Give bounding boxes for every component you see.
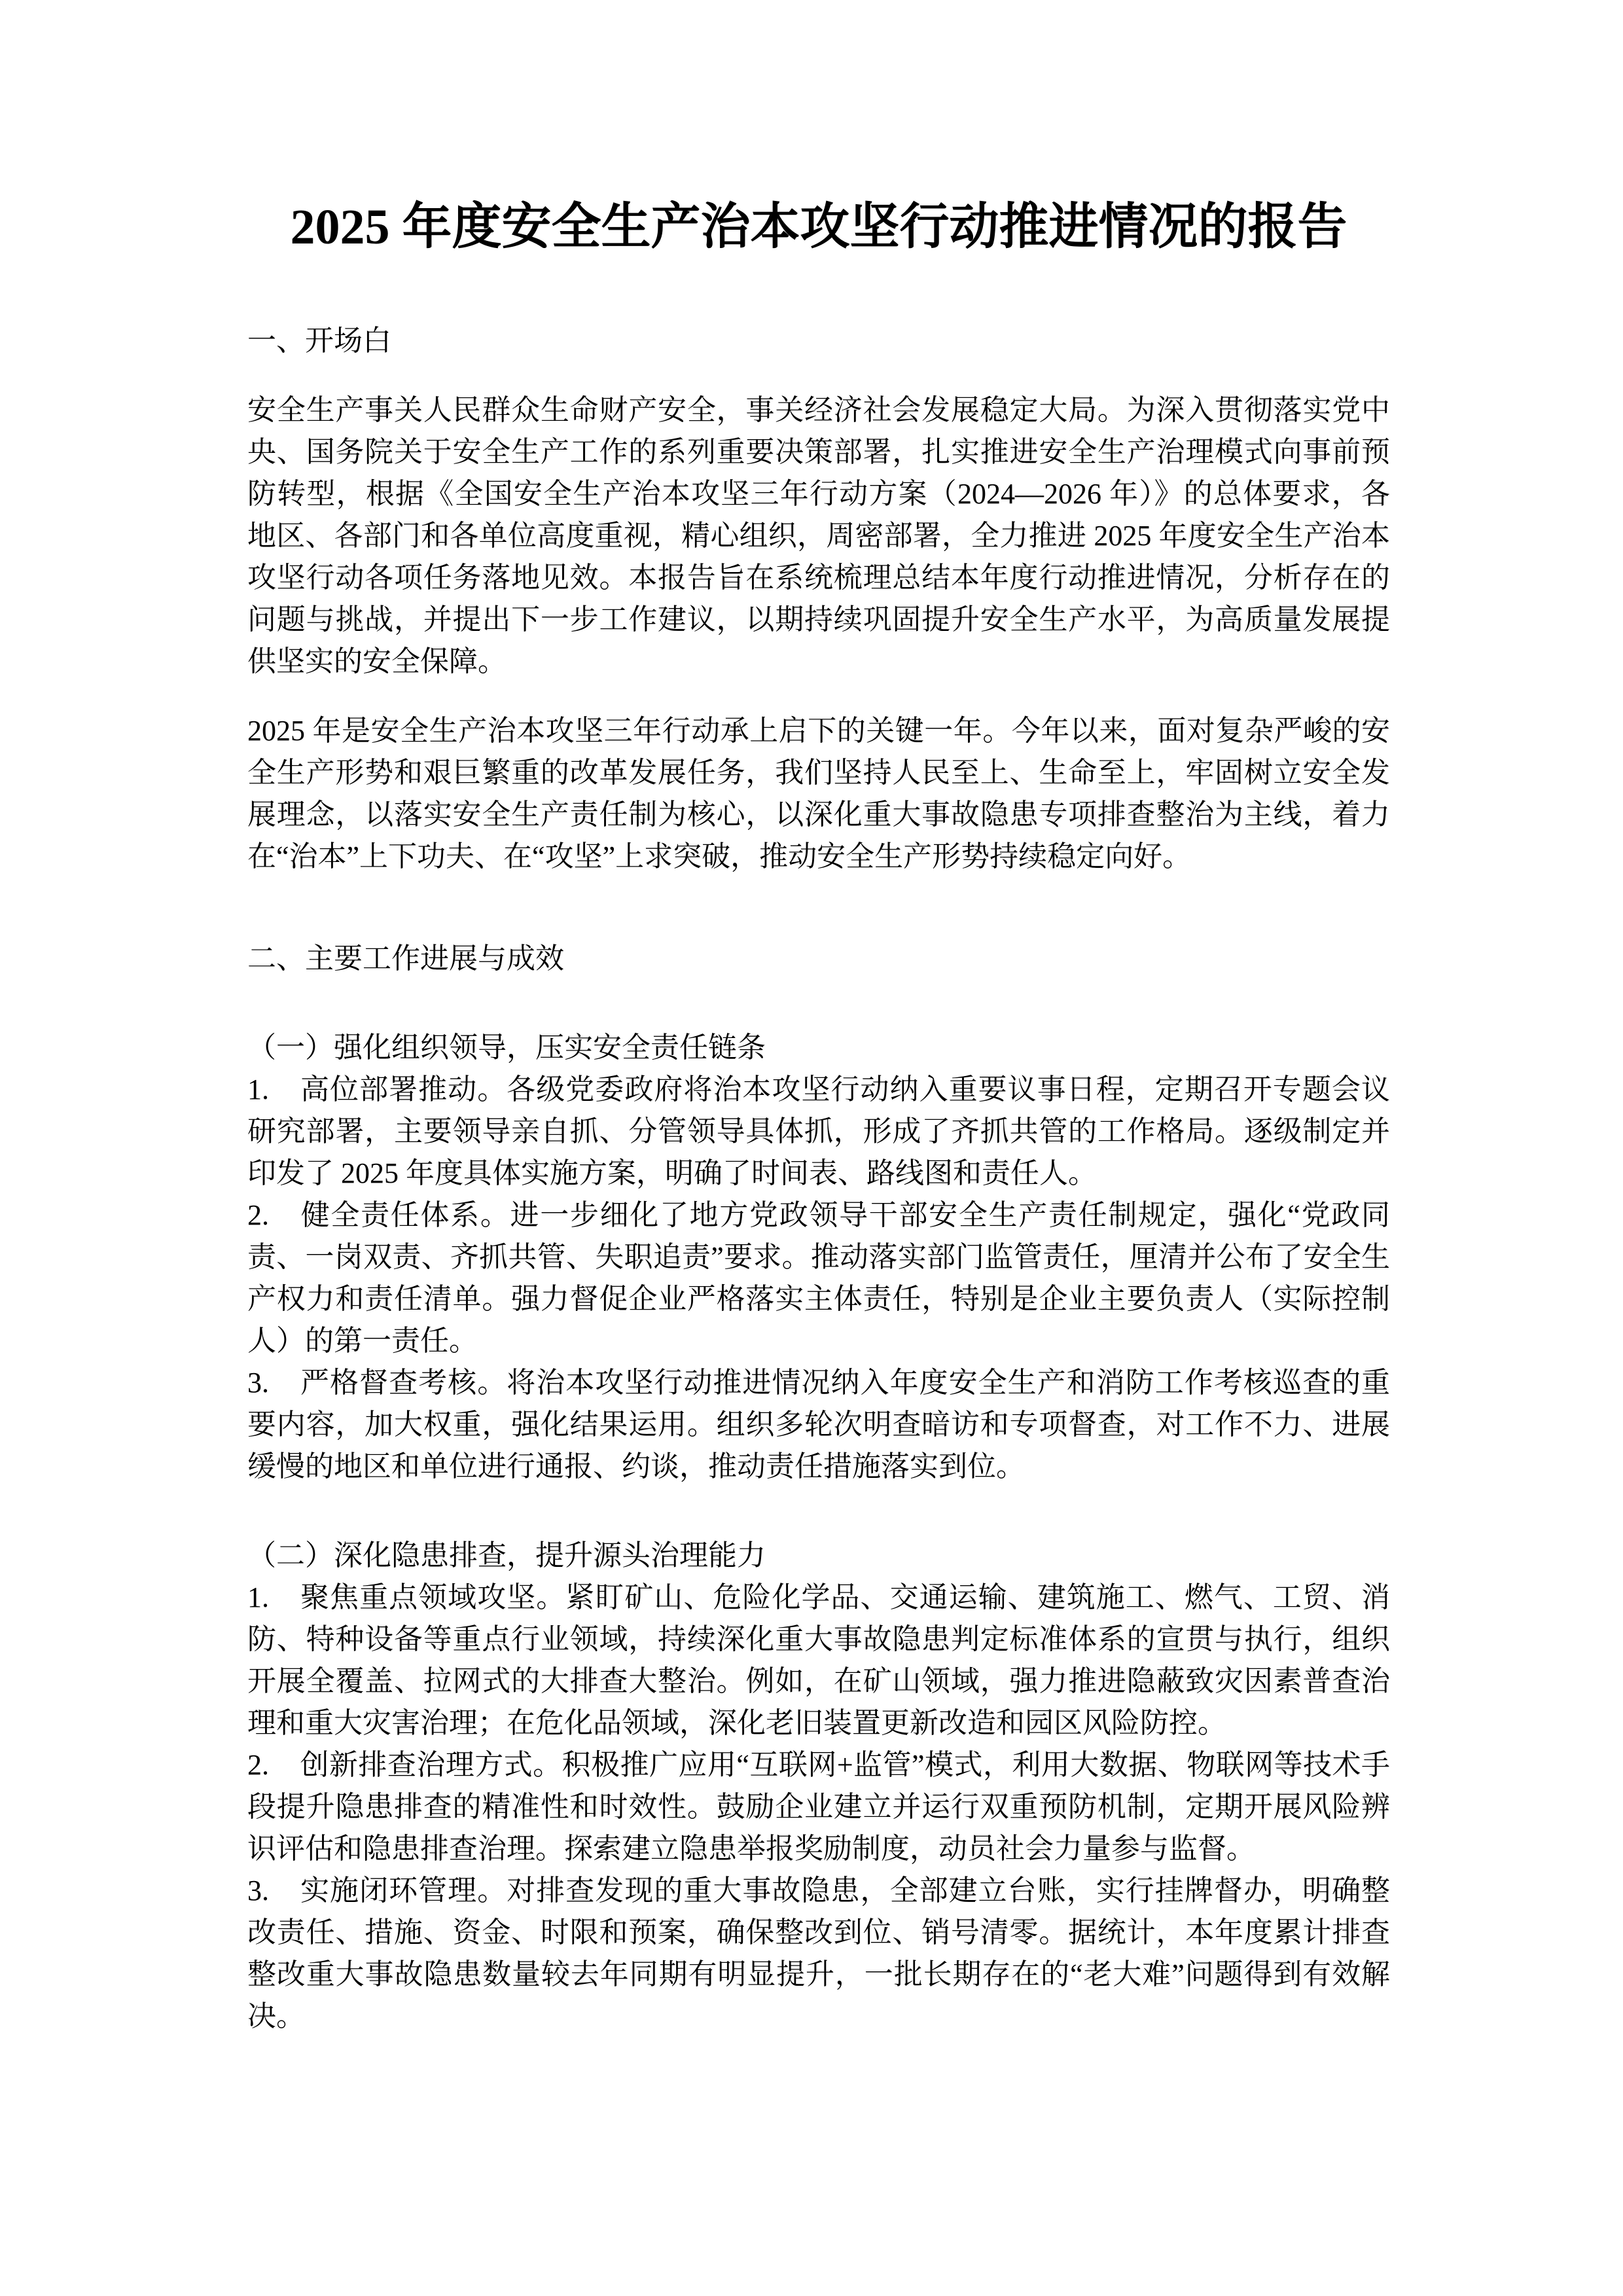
list-item-number: 3. <box>247 1362 300 1404</box>
list-item-number: 1. <box>247 1577 300 1619</box>
list-item-text: 聚焦重点领域攻坚。紧盯矿山、危险化学品、交通运输、建筑施工、燃气、工贸、消防、特… <box>247 1581 1390 1739</box>
numbered-list-item: 1.高位部署推动。各级党委政府将治本攻坚行动纳入重要议事日程，定期召开专题会议研… <box>247 1069 1390 1194</box>
sub-section-heading: （二）深化隐患排查，提升源头治理能力 <box>247 1535 1390 1577</box>
list-item-number: 2. <box>247 1744 300 1786</box>
numbered-list-item: 2.健全责任体系。进一步细化了地方党政领导干部安全生产责任制规定，强化“党政同责… <box>247 1194 1390 1362</box>
section-heading: 一、开场白 <box>247 320 1390 362</box>
list-item-number: 3. <box>247 1870 300 1912</box>
document-body: 一、开场白安全生产事关人民群众生命财产安全，事关经济社会发展稳定大局。为深入贯彻… <box>247 260 1390 2037</box>
list-item-number: 2. <box>247 1194 300 1236</box>
document-title: 2025 年度安全生产治本攻坚行动推进情况的报告 <box>247 195 1390 260</box>
paragraph: 安全生产事关人民群众生命财产安全，事关经济社会发展稳定大局。为深入贯彻落实党中央… <box>247 389 1390 683</box>
list-item-text: 健全责任体系。进一步细化了地方党政领导干部安全生产责任制规定，强化“党政同责、一… <box>247 1199 1390 1357</box>
list-item-text: 严格督查考核。将治本攻坚行动推进情况纳入年度安全生产和消防工作考核巡查的重要内容… <box>247 1367 1390 1482</box>
list-item-text: 高位部署推动。各级党委政府将治本攻坚行动纳入重要议事日程，定期召开专题会议研究部… <box>247 1073 1390 1189</box>
list-item-text: 创新排查治理方式。积极推广应用“互联网+监管”模式，利用大数据、物联网等技术手段… <box>247 1749 1390 1865</box>
numbered-list-item: 1.聚焦重点领域攻坚。紧盯矿山、危险化学品、交通运输、建筑施工、燃气、工贸、消防… <box>247 1577 1390 1744</box>
document-page: 2025 年度安全生产治本攻坚行动推进情况的报告 一、开场白安全生产事关人民群众… <box>0 0 1623 2296</box>
sub-section-heading: （一）强化组织领导，压实安全责任链条 <box>247 1027 1390 1069</box>
numbered-list-item: 2.创新排查治理方式。积极推广应用“互联网+监管”模式，利用大数据、物联网等技术… <box>247 1744 1390 1870</box>
list-item-text: 实施闭环管理。对排查发现的重大事故隐患，全部建立台账，实行挂牌督办，明确整改责任… <box>247 1874 1390 2032</box>
section-heading: 二、主要工作进展与成效 <box>247 938 1390 980</box>
list-item-number: 1. <box>247 1069 300 1111</box>
paragraph: 2025 年是安全生产治本攻坚三年行动承上启下的关键一年。今年以来，面对复杂严峻… <box>247 710 1390 878</box>
numbered-list-item: 3.严格督查考核。将治本攻坚行动推进情况纳入年度安全生产和消防工作考核巡查的重要… <box>247 1362 1390 1488</box>
numbered-list-item: 3.实施闭环管理。对排查发现的重大事故隐患，全部建立台账，实行挂牌督办，明确整改… <box>247 1870 1390 2037</box>
